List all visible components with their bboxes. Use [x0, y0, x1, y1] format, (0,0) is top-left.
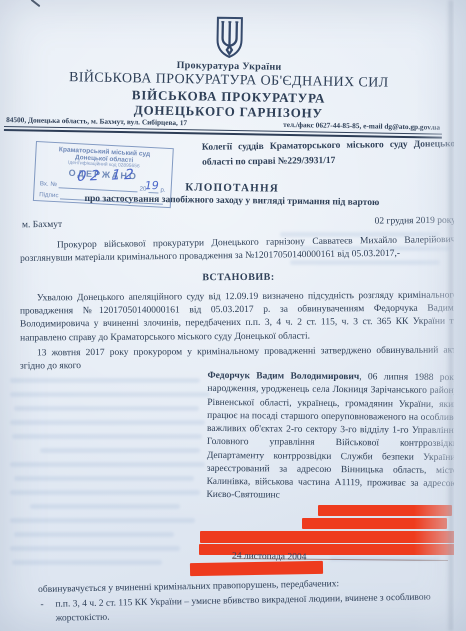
paragraph-ruling: Ухвалою Донецького апеляційного суду від… [20, 289, 458, 345]
bleed-through-line [12, 434, 202, 439]
redaction-bar [302, 518, 447, 529]
addressee-block: Колегії суддів Краматорського міського с… [202, 137, 458, 170]
pen-mark [31, 0, 41, 7]
redaction-bar [318, 505, 452, 516]
date-label: 02 грудня 2019 року [375, 216, 456, 227]
letterhead-phone-email: тел./факс 0627-44-85-85, e-mail dg@ato.g… [283, 120, 440, 132]
letterhead: Прокуратура України ВІЙСЬКОВА ПРОКУРАТУР… [2, 12, 456, 138]
bleed-through-line [10, 490, 200, 495]
letterhead-address: 84500, Донецька область, м. Бахмут, вул.… [6, 115, 187, 127]
redaction-bar [190, 561, 323, 576]
ukraine-trident-icon [210, 16, 249, 61]
place-date-row: м. Бахмут 02 грудня 2019 року [22, 216, 456, 231]
document-title-block: КЛОПОТАННЯ про застосування запобіжного … [20, 179, 444, 209]
bleed-through-line [14, 476, 194, 481]
bleed-through-line [10, 420, 205, 425]
accused-details: , 06 липня 1988 року народження, уроджен… [206, 372, 458, 501]
page-fold [447, 0, 454, 631]
bleed-through-line [10, 518, 195, 523]
charges-block: обвинувачується у вчиненні кримінальних … [38, 575, 457, 626]
bleed-through-line [12, 560, 162, 565]
redaction-bar [200, 531, 460, 543]
accused-details-block: Федорчук Вадим Володимирович, 06 липня 1… [206, 370, 458, 505]
bleed-through-line [10, 392, 210, 397]
charge-dash: - [40, 598, 43, 612]
page-edge [454, 0, 466, 631]
bleed-through-line [14, 406, 199, 411]
bleed-through-line [14, 532, 174, 537]
place-label: м. Бахмут [22, 220, 62, 230]
document-photo: Прокуратура України ВІЙСЬКОВА ПРОКУРАТУР… [0, 0, 466, 631]
charge-text: п.п. 3, 4 ч. 2 ст. 115 КК України – умис… [55, 592, 430, 623]
bleed-through-line [10, 462, 205, 467]
bleed-through-line [30, 504, 180, 509]
resolved-heading: ВСТАНОВИВ: [20, 271, 457, 284]
bleed-through-line [40, 448, 200, 453]
accused-name: Федорчук Вадим Володимирович [207, 371, 359, 382]
bleed-through-line [10, 546, 180, 551]
bleed-through-line [10, 378, 200, 383]
